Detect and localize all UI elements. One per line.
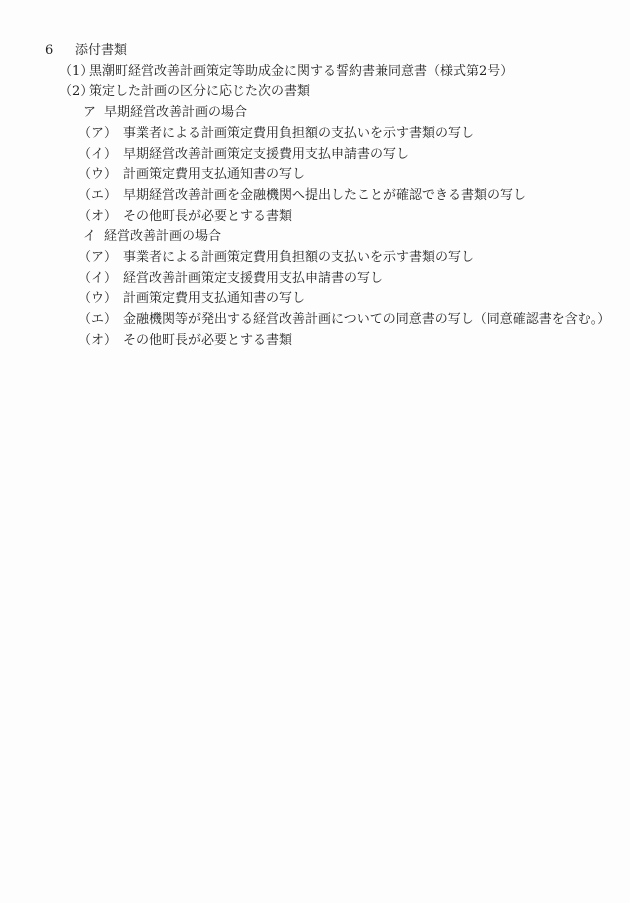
list-item-1-label: （1） <box>59 62 89 83</box>
group-i-item-5-label: （オ） <box>78 331 123 352</box>
group-i-item-5-text: その他町長が必要とする書類 <box>123 331 292 352</box>
group-i-label: イ <box>83 227 104 248</box>
group-a-item-5-label: （オ） <box>78 207 123 228</box>
group-i-item-2-label: （イ） <box>78 269 123 290</box>
group-i-item-1-text: 事業者による計画策定費用負担額の支払いを示す書類の写し <box>123 248 474 269</box>
list-item-1-text: 黒潮町経営改善計画策定等助成金に関する誓約書兼同意書（様式第2号） <box>89 62 513 83</box>
group-i-item-3: （ウ） 計画策定費用支払通知書の写し <box>0 289 630 310</box>
section-heading: 6 添付書類 <box>0 41 630 62</box>
group-a-item-2-label: （イ） <box>78 145 123 166</box>
group-i-item-4-text: 金融機関等が発出する経営改善計画についての同意書の写し（同意確認書を含む。） <box>123 310 610 331</box>
list-item-2-text: 策定した計画の区分に応じた次の書類 <box>89 82 310 103</box>
group-a-item-5: （オ） その他町長が必要とする書類 <box>0 207 630 228</box>
group-a-item-5-text: その他町長が必要とする書類 <box>123 207 292 228</box>
group-i-item-2: （イ） 経営改善計画策定支援費用支払申請書の写し <box>0 269 630 290</box>
attachment-documents-section: 6 添付書類 （1） 黒潮町経営改善計画策定等助成金に関する誓約書兼同意書（様式… <box>0 0 630 352</box>
group-i-item-3-label: （ウ） <box>78 289 123 310</box>
group-i-item-2-text: 経営改善計画策定支援費用支払申請書の写し <box>123 269 383 290</box>
group-i-heading: イ 経営改善計画の場合 <box>0 227 630 248</box>
group-i-item-3-text: 計画策定費用支払通知書の写し <box>123 289 305 310</box>
group-a-label: ア <box>83 103 104 124</box>
group-i-item-1-label: （ア） <box>78 248 123 269</box>
group-a-item-2: （イ） 早期経営改善計画策定支援費用支払申請書の写し <box>0 145 630 166</box>
group-i-item-5: （オ） その他町長が必要とする書類 <box>0 331 630 352</box>
group-a-item-1-label: （ア） <box>78 124 123 145</box>
group-a-item-4-text: 早期経営改善計画を金融機関へ提出したことが確認できる書類の写し <box>123 186 526 207</box>
group-a-heading: ア 早期経営改善計画の場合 <box>0 103 630 124</box>
group-a-item-3-text: 計画策定費用支払通知書の写し <box>123 165 305 186</box>
section-title: 添付書類 <box>75 41 127 62</box>
list-item-2: （2） 策定した計画の区分に応じた次の書類 <box>0 82 630 103</box>
group-a-item-1-text: 事業者による計画策定費用負担額の支払いを示す書類の写し <box>123 124 474 145</box>
list-item-1: （1） 黒潮町経営改善計画策定等助成金に関する誓約書兼同意書（様式第2号） <box>0 62 630 83</box>
document-page: 6 添付書類 （1） 黒潮町経営改善計画策定等助成金に関する誓約書兼同意書（様式… <box>0 0 630 903</box>
list-item-2-label: （2） <box>59 82 89 103</box>
group-a-item-4-label: （エ） <box>78 186 123 207</box>
section-number: 6 <box>45 41 75 62</box>
group-i-item-4: （エ） 金融機関等が発出する経営改善計画についての同意書の写し（同意確認書を含む… <box>0 310 630 331</box>
group-i-item-1: （ア） 事業者による計画策定費用負担額の支払いを示す書類の写し <box>0 248 630 269</box>
group-a-item-1: （ア） 事業者による計画策定費用負担額の支払いを示す書類の写し <box>0 124 630 145</box>
group-a-item-3: （ウ） 計画策定費用支払通知書の写し <box>0 165 630 186</box>
group-i-item-4-label: （エ） <box>78 310 123 331</box>
group-a-item-2-text: 早期経営改善計画策定支援費用支払申請書の写し <box>123 145 409 166</box>
group-i-title: 経営改善計画の場合 <box>104 227 221 248</box>
group-a-title: 早期経営改善計画の場合 <box>104 103 247 124</box>
group-a-item-3-label: （ウ） <box>78 165 123 186</box>
group-a-item-4: （エ） 早期経営改善計画を金融機関へ提出したことが確認できる書類の写し <box>0 186 630 207</box>
